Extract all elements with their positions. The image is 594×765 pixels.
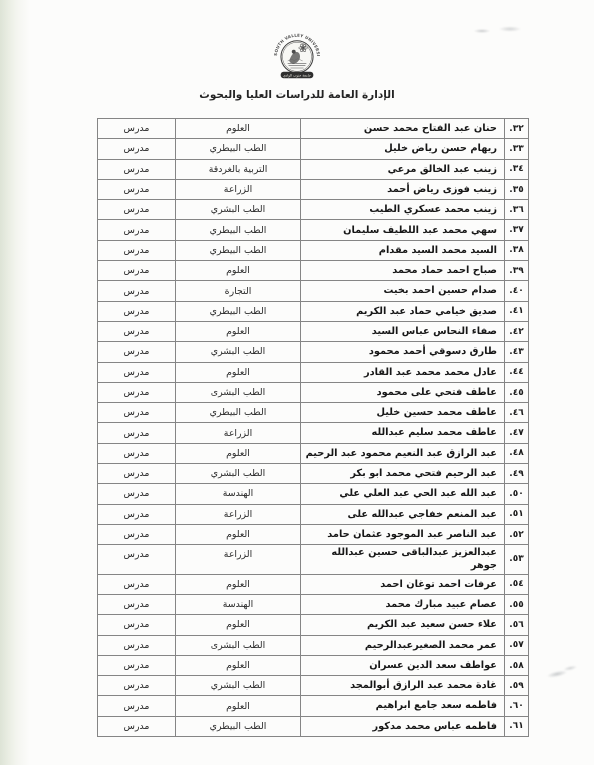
- position-cell: مدرس: [98, 362, 176, 382]
- faculty-cell: العلوم: [176, 362, 301, 382]
- row-number-cell: ٦٠.: [505, 696, 529, 716]
- name-cell: عبد الرحيم فتحي محمد ابو بكر: [301, 464, 505, 484]
- row-number-cell: ٥٠.: [505, 484, 529, 504]
- page-title: الإدارة العامة للدراسات العليا والبحوث: [0, 89, 594, 101]
- row-number-cell: ٥٣.: [505, 545, 529, 574]
- row-number-cell: ٣٦.: [505, 200, 529, 220]
- row-number-cell: ٥٢.: [505, 524, 529, 544]
- row-number-cell: ٣٥.: [505, 179, 529, 199]
- name-cell: عبد المنعم خفاجي عبدالله على: [301, 504, 505, 524]
- row-number-cell: ٥٧.: [505, 635, 529, 655]
- row-number-cell: ٣٨.: [505, 240, 529, 260]
- name-cell: صباح احمد حماد محمد: [301, 261, 505, 281]
- position-cell: مدرس: [98, 139, 176, 159]
- position-cell: مدرس: [98, 524, 176, 544]
- name-cell: عواطف سعد الدين عسران: [301, 655, 505, 675]
- position-cell: مدرس: [98, 484, 176, 504]
- row-number-cell: ٤٤.: [505, 362, 529, 382]
- name-cell: عبد الله عبد الحي عبد العلي علي: [301, 484, 505, 504]
- name-cell: زينب محمد عسكري الطيب: [301, 200, 505, 220]
- faculty-cell: الطب البشري: [176, 464, 301, 484]
- table-row: ٣٦. زينب محمد عسكري الطيب الطب البشري مد…: [98, 200, 529, 220]
- table-row: ٥٠. عبد الله عبد الحي عبد العلي علي الهن…: [98, 484, 529, 504]
- row-number-cell: ٣٢.: [505, 119, 529, 139]
- position-cell: مدرس: [98, 261, 176, 281]
- faculty-cell: الزراعة: [176, 545, 301, 574]
- position-cell: مدرس: [98, 301, 176, 321]
- name-cell: عرفات احمد توغان احمد: [301, 574, 505, 594]
- position-cell: مدرس: [98, 342, 176, 362]
- name-cell: زينب عبد الخالق مرعي: [301, 159, 505, 179]
- faculty-cell: الطب البيطري: [176, 240, 301, 260]
- position-cell: مدرس: [98, 382, 176, 402]
- position-cell: مدرس: [98, 464, 176, 484]
- position-cell: مدرس: [98, 403, 176, 423]
- faculty-cell: الهندسة: [176, 594, 301, 614]
- name-cell: ريهام حسن رياض خليل: [301, 139, 505, 159]
- row-number-cell: ٣٧.: [505, 220, 529, 240]
- row-number-cell: ٤٠.: [505, 281, 529, 301]
- name-cell: عاطف فتحي على محمود: [301, 382, 505, 402]
- table-row: ٣٧. سهي محمد عبد اللطيف سليمان الطب البي…: [98, 220, 529, 240]
- position-cell: مدرس: [98, 281, 176, 301]
- row-number-cell: ٥٨.: [505, 655, 529, 675]
- table-row: ٤٧. عاطف محمد سليم عبدالله الزراعة مدرس: [98, 423, 529, 443]
- faculty-cell: الزراعة: [176, 504, 301, 524]
- table-row: ٤١. صديق خيامي حماد عبد الكريم الطب البي…: [98, 301, 529, 321]
- faculty-cell: الطب البشري: [176, 676, 301, 696]
- table-row: ٣٥. زينب فوزى رياض أحمد الزراعة مدرس: [98, 179, 529, 199]
- row-number-cell: ٤٢.: [505, 321, 529, 341]
- row-number-cell: ٥٩.: [505, 676, 529, 696]
- name-cell: حنان عبد الفتاح محمد حسن: [301, 119, 505, 139]
- row-number-cell: ٥٥.: [505, 594, 529, 614]
- university-logo-icon: SOUTH VALLEY UNIVERSITY جامعة جنوب الواد…: [269, 22, 325, 86]
- faculty-cell: العلوم: [176, 443, 301, 463]
- table-row: ٥٧. عمر محمد الصغيرعبدالرحيم الطب البشرى…: [98, 635, 529, 655]
- name-cell: فاطمه سعد جامع ابراهيم: [301, 696, 505, 716]
- faculty-cell: الطب البشري: [176, 342, 301, 362]
- faculty-cell: العلوم: [176, 524, 301, 544]
- position-cell: مدرس: [98, 655, 176, 675]
- name-cell: صفاء النحاس عباس السيد: [301, 321, 505, 341]
- name-cell: عصام عبيد مبارك محمد: [301, 594, 505, 614]
- table-row: ٥١. عبد المنعم خفاجي عبدالله على الزراعة…: [98, 504, 529, 524]
- table-row: ٣٨. السيد محمد السيد مقدام الطب البيطري …: [98, 240, 529, 260]
- row-number-cell: ٤٧.: [505, 423, 529, 443]
- row-number-cell: ٥٦.: [505, 615, 529, 635]
- scan-edge-shadow: [0, 0, 30, 765]
- position-cell: مدرس: [98, 443, 176, 463]
- faculty-cell: العلوم: [176, 696, 301, 716]
- name-cell: عاطف محمد سليم عبدالله: [301, 423, 505, 443]
- faculty-cell: الطب البيطري: [176, 220, 301, 240]
- faculty-cell: الزراعة: [176, 423, 301, 443]
- position-cell: مدرس: [98, 504, 176, 524]
- faculty-cell: العلوم: [176, 321, 301, 341]
- table-row: ٣٤. زينب عبد الخالق مرعي التربية بالغردق…: [98, 159, 529, 179]
- faculty-cell: العلوم: [176, 119, 301, 139]
- row-number-cell: ٤٦.: [505, 403, 529, 423]
- faculty-cell: الطب البيطري: [176, 139, 301, 159]
- row-number-cell: ٤٣.: [505, 342, 529, 362]
- name-cell: السيد محمد السيد مقدام: [301, 240, 505, 260]
- scanned-document-page: SOUTH VALLEY UNIVERSITY جامعة جنوب الواد…: [0, 0, 594, 765]
- row-number-cell: ٤٨.: [505, 443, 529, 463]
- staff-roster-table: ٣٢. حنان عبد الفتاح محمد حسن العلوم مدرس…: [97, 118, 529, 737]
- name-cell: طارق دسوقي أحمد محمود: [301, 342, 505, 362]
- name-cell: عبد الرازق عبد النعيم محمود عبد الرحيم: [301, 443, 505, 463]
- position-cell: مدرس: [98, 635, 176, 655]
- name-cell: زينب فوزى رياض أحمد: [301, 179, 505, 199]
- table-row: ٣٢. حنان عبد الفتاح محمد حسن العلوم مدرس: [98, 119, 529, 139]
- position-cell: مدرس: [98, 240, 176, 260]
- document-header: SOUTH VALLEY UNIVERSITY جامعة جنوب الواد…: [0, 22, 594, 101]
- faculty-cell: الطب البيطري: [176, 716, 301, 736]
- name-cell: صديق خيامي حماد عبد الكريم: [301, 301, 505, 321]
- row-number-cell: ٦١.: [505, 716, 529, 736]
- faculty-cell: العلوم: [176, 615, 301, 635]
- faculty-cell: الزراعة: [176, 179, 301, 199]
- name-cell: عبدالعزيز عبدالباقى حسين عبدالله جوهر: [301, 545, 505, 574]
- table-row: ٤٨. عبد الرازق عبد النعيم محمود عبد الرح…: [98, 443, 529, 463]
- name-cell: عبد الناصر عبد الموجود عثمان حامد: [301, 524, 505, 544]
- faculty-cell: العلوم: [176, 655, 301, 675]
- faculty-cell: الطب البيطري: [176, 403, 301, 423]
- row-number-cell: ٥١.: [505, 504, 529, 524]
- roster-table-body: ٣٢. حنان عبد الفتاح محمد حسن العلوم مدرس…: [98, 119, 529, 737]
- position-cell: مدرس: [98, 321, 176, 341]
- position-cell: مدرس: [98, 545, 176, 574]
- row-number-cell: ٣٤.: [505, 159, 529, 179]
- table-row: ٥٨. عواطف سعد الدين عسران العلوم مدرس: [98, 655, 529, 675]
- faculty-cell: التجارة: [176, 281, 301, 301]
- row-number-cell: ٣٩.: [505, 261, 529, 281]
- name-cell: علاء حسن سعيد عبد الكريم: [301, 615, 505, 635]
- position-cell: مدرس: [98, 200, 176, 220]
- row-number-cell: ٥٤.: [505, 574, 529, 594]
- table-row: ٤٥. عاطف فتحي على محمود الطب البشرى مدرس: [98, 382, 529, 402]
- scan-smudge-right-margin: [542, 660, 583, 686]
- faculty-cell: التربية بالغردقة: [176, 159, 301, 179]
- faculty-cell: الطب البشري: [176, 200, 301, 220]
- table-row: ٤٣. طارق دسوقي أحمد محمود الطب البشري مد…: [98, 342, 529, 362]
- name-cell: فاطمه عباس محمد مدكور: [301, 716, 505, 736]
- name-cell: صدام حسين احمد بخيت: [301, 281, 505, 301]
- table-row: ٤٠. صدام حسين احمد بخيت التجارة مدرس: [98, 281, 529, 301]
- table-row: ٥٤. عرفات احمد توغان احمد العلوم مدرس: [98, 574, 529, 594]
- row-number-cell: ٤٥.: [505, 382, 529, 402]
- faculty-cell: الطب البيطري: [176, 301, 301, 321]
- name-cell: عاطف محمد حسين خليل: [301, 403, 505, 423]
- table-row: ٤٩. عبد الرحيم فتحي محمد ابو بكر الطب ال…: [98, 464, 529, 484]
- position-cell: مدرس: [98, 696, 176, 716]
- position-cell: مدرس: [98, 615, 176, 635]
- table-row: ٣٣. ريهام حسن رياض خليل الطب البيطري مدر…: [98, 139, 529, 159]
- table-row: ٦١. فاطمه عباس محمد مدكور الطب البيطري م…: [98, 716, 529, 736]
- position-cell: مدرس: [98, 179, 176, 199]
- row-number-cell: ٣٣.: [505, 139, 529, 159]
- position-cell: مدرس: [98, 716, 176, 736]
- position-cell: مدرس: [98, 594, 176, 614]
- name-cell: عمر محمد الصغيرعبدالرحيم: [301, 635, 505, 655]
- faculty-cell: الطب البشرى: [176, 635, 301, 655]
- position-cell: مدرس: [98, 159, 176, 179]
- table-row: ٥٦. علاء حسن سعيد عبد الكريم العلوم مدرس: [98, 615, 529, 635]
- name-cell: غادة محمد عبد الرازق أبوالمجد: [301, 676, 505, 696]
- table-row: ٥٩. غادة محمد عبد الرازق أبوالمجد الطب ا…: [98, 676, 529, 696]
- name-cell: عادل محمد محمد عبد القادر: [301, 362, 505, 382]
- position-cell: مدرس: [98, 574, 176, 594]
- position-cell: مدرس: [98, 423, 176, 443]
- position-cell: مدرس: [98, 676, 176, 696]
- position-cell: مدرس: [98, 220, 176, 240]
- logo-banner-text: جامعة جنوب الوادي: [283, 73, 311, 77]
- table-row: ٥٥. عصام عبيد مبارك محمد الهندسة مدرس: [98, 594, 529, 614]
- faculty-cell: العلوم: [176, 261, 301, 281]
- faculty-cell: العلوم: [176, 574, 301, 594]
- table-row: ٦٠. فاطمه سعد جامع ابراهيم العلوم مدرس: [98, 696, 529, 716]
- table-row: ٤٤. عادل محمد محمد عبد القادر العلوم مدر…: [98, 362, 529, 382]
- table-row: ٥٣. عبدالعزيز عبدالباقى حسين عبدالله جوه…: [98, 545, 529, 574]
- position-cell: مدرس: [98, 119, 176, 139]
- row-number-cell: ٤٩.: [505, 464, 529, 484]
- table-row: ٤٢. صفاء النحاس عباس السيد العلوم مدرس: [98, 321, 529, 341]
- table-row: ٣٩. صباح احمد حماد محمد العلوم مدرس: [98, 261, 529, 281]
- table-row: ٤٦. عاطف محمد حسين خليل الطب البيطري مدر…: [98, 403, 529, 423]
- row-number-cell: ٤١.: [505, 301, 529, 321]
- faculty-cell: الطب البشرى: [176, 382, 301, 402]
- name-cell: سهي محمد عبد اللطيف سليمان: [301, 220, 505, 240]
- table-row: ٥٢. عبد الناصر عبد الموجود عثمان حامد ال…: [98, 524, 529, 544]
- faculty-cell: الهندسة: [176, 484, 301, 504]
